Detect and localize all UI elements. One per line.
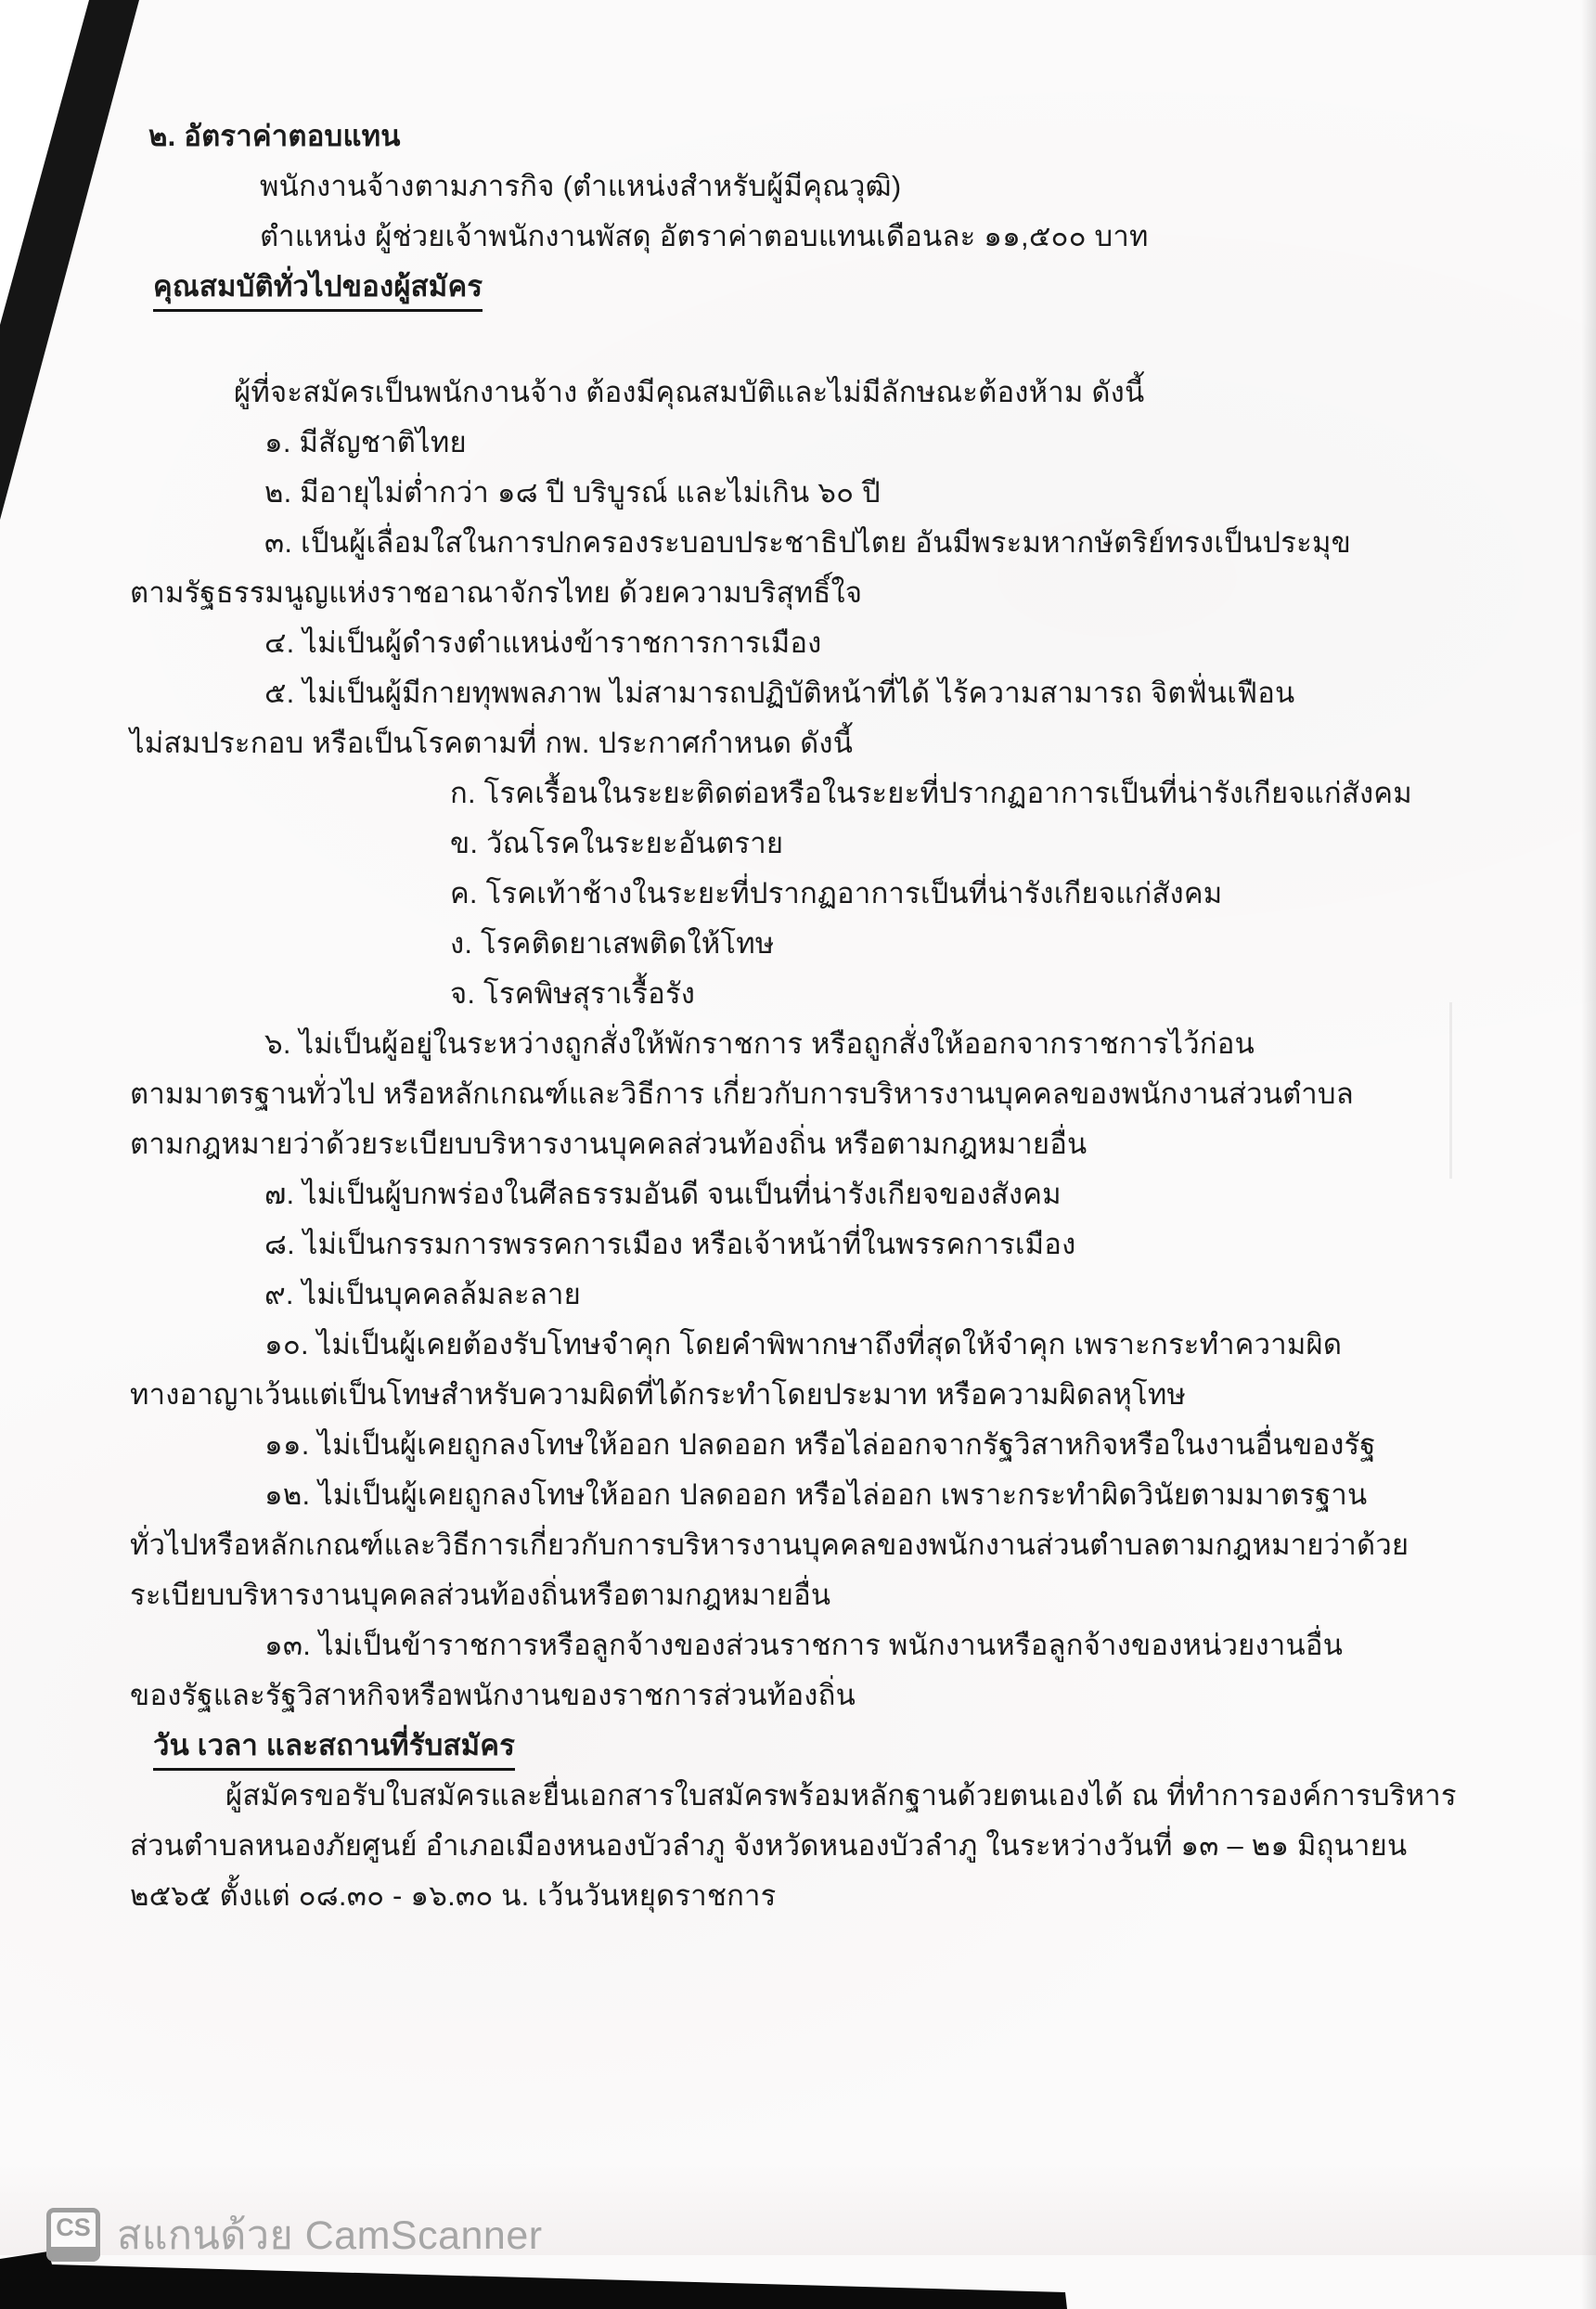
qualification-item-10-cont: ทางอาญาเว้นแต่เป็นโทษสำหรับความผิดที่ได้… [130,1370,1494,1420]
camscanner-watermark: CS สแกนด้วย CamScanner [46,2205,543,2264]
camscanner-logo-icon: CS [46,2208,100,2262]
scan-right-edge-shade [1581,0,1596,2309]
qualification-item-5: ๕. ไม่เป็นผู้มีกายทุพพลภาพ ไม่สามารถปฏิบ… [130,668,1494,718]
qualification-item-11: ๑๑. ไม่เป็นผู้เคยถูกลงโทษให้ออก ปลดออก ห… [130,1420,1494,1470]
qualification-item-3: ๓. เป็นผู้เลื่อมใสในการปกครองระบอบประชาธ… [130,518,1494,568]
qualification-item-8: ๘. ไม่เป็นกรรมการพรรคการเมือง หรือเจ้าหน… [130,1219,1494,1270]
disease-item-a: ก. โรคเรื้อนในระยะติดต่อหรือในระยะที่ปรา… [130,768,1494,819]
qualification-item-12-cont: ระเบียบบริหารงานบุคคลส่วนท้องถิ่นหรือตาม… [130,1570,1494,1620]
qualification-item-3-cont: ตามรัฐธรรมนูญแห่งราชอาณาจักรไทย ด้วยความ… [130,568,1494,618]
qualification-item-9: ๙. ไม่เป็นบุคคลล้มละลาย [130,1270,1494,1320]
compensation-line: ตำแหน่ง ผู้ช่วยเจ้าพนักงานพัสดุ อัตราค่า… [130,212,1494,262]
qualification-item-12: ๑๒. ไม่เป็นผู้เคยถูกลงโทษให้ออก ปลดออก ห… [130,1470,1494,1520]
compensation-section-title: ๒. อัตราค่าตอบแทน [130,111,1494,161]
qualification-item-6-cont: ตามมาตรฐานทั่วไป หรือหลักเกณฑ์และวิธีการ… [130,1069,1494,1119]
qualification-item-13-cont: ของรัฐและรัฐวิสาหกิจหรือพนักงานของราชการ… [130,1670,1494,1721]
document-content: ๒. อัตราค่าตอบแทน พนักงานจ้างตามภารกิจ (… [130,111,1494,1921]
qualification-item-6: ๖. ไม่เป็นผู้อยู่ในระหว่างถูกสั่งให้พักร… [130,1019,1494,1069]
qualification-item-2: ๒. มีอายุไม่ต่ำกว่า ๑๘ ปี บริบูรณ์ และไม… [130,468,1494,518]
application-line: ๒๕๖๕ ตั้งแต่ ๐๘.๓๐ - ๑๖.๓๐ น. เว้นวันหยุ… [130,1871,1494,1921]
qualification-item-5-cont: ไม่สมประกอบ หรือเป็นโรคตามที่ กพ. ประกาศ… [130,718,1494,768]
application-section-title: วัน เวลา และสถานที่รับสมัคร [130,1721,1494,1771]
camscanner-logo-bar [46,2247,100,2262]
blank-gap [130,312,1494,368]
qualifications-section-title: คุณสมบัติทั่วไปของผู้สมัคร [130,262,1494,312]
disease-item-b: ข. วัณโรคในระยะอันตราย [130,819,1494,869]
qualifications-title-underline: คุณสมบัติทั่วไปของผู้สมัคร [153,265,483,312]
qualification-item-4: ๔. ไม่เป็นผู้ดำรงตำแหน่งข้าราชการการเมือ… [130,618,1494,668]
disease-item-e: จ. โรคพิษสุราเรื้อรัง [130,969,1494,1019]
qualification-item-1: ๑. มีสัญชาติไทย [130,418,1494,468]
scanned-document-page: ๒. อัตราค่าตอบแทน พนักงานจ้างตามภารกิจ (… [0,0,1596,2309]
qualification-item-10: ๑๐. ไม่เป็นผู้เคยต้องรับโทษจำคุก โดยคำพิ… [130,1320,1494,1370]
camscanner-watermark-text: สแกนด้วย CamScanner [117,2203,543,2266]
qualification-item-7: ๗. ไม่เป็นผู้บกพร่องในศีลธรรมอันดี จนเป็… [130,1169,1494,1219]
qualification-item-12-cont: ทั่วไปหรือหลักเกณฑ์และวิธีการเกี่ยวกับกา… [130,1520,1494,1570]
camscanner-logo-text: CS [56,2212,91,2242]
disease-item-d: ง. โรคติดยาเสพติดให้โทษ [130,919,1494,969]
qualification-item-6-cont: ตามกฎหมายว่าด้วยระเบียบบริหารงานบุคคลส่ว… [130,1119,1494,1169]
qualifications-intro: ผู้ที่จะสมัครเป็นพนักงานจ้าง ต้องมีคุณสม… [130,368,1494,418]
qualification-item-13: ๑๓. ไม่เป็นข้าราชการหรือลูกจ้างของส่วนรา… [130,1620,1494,1670]
application-line: ส่วนตำบลหนองภัยศูนย์ อำเภอเมืองหนองบัวลำ… [130,1821,1494,1871]
application-title-underline: วัน เวลา และสถานที่รับสมัคร [153,1724,515,1771]
disease-item-c: ค. โรคเท้าช้างในระยะที่ปรากฏอาการเป็นที่… [130,869,1494,919]
application-line: ผู้สมัครขอรับใบสมัครและยื่นเอกสารใบสมัคร… [130,1771,1494,1821]
compensation-line: พนักงานจ้างตามภารกิจ (ตำแหน่งสำหรับผู้มี… [130,161,1494,212]
